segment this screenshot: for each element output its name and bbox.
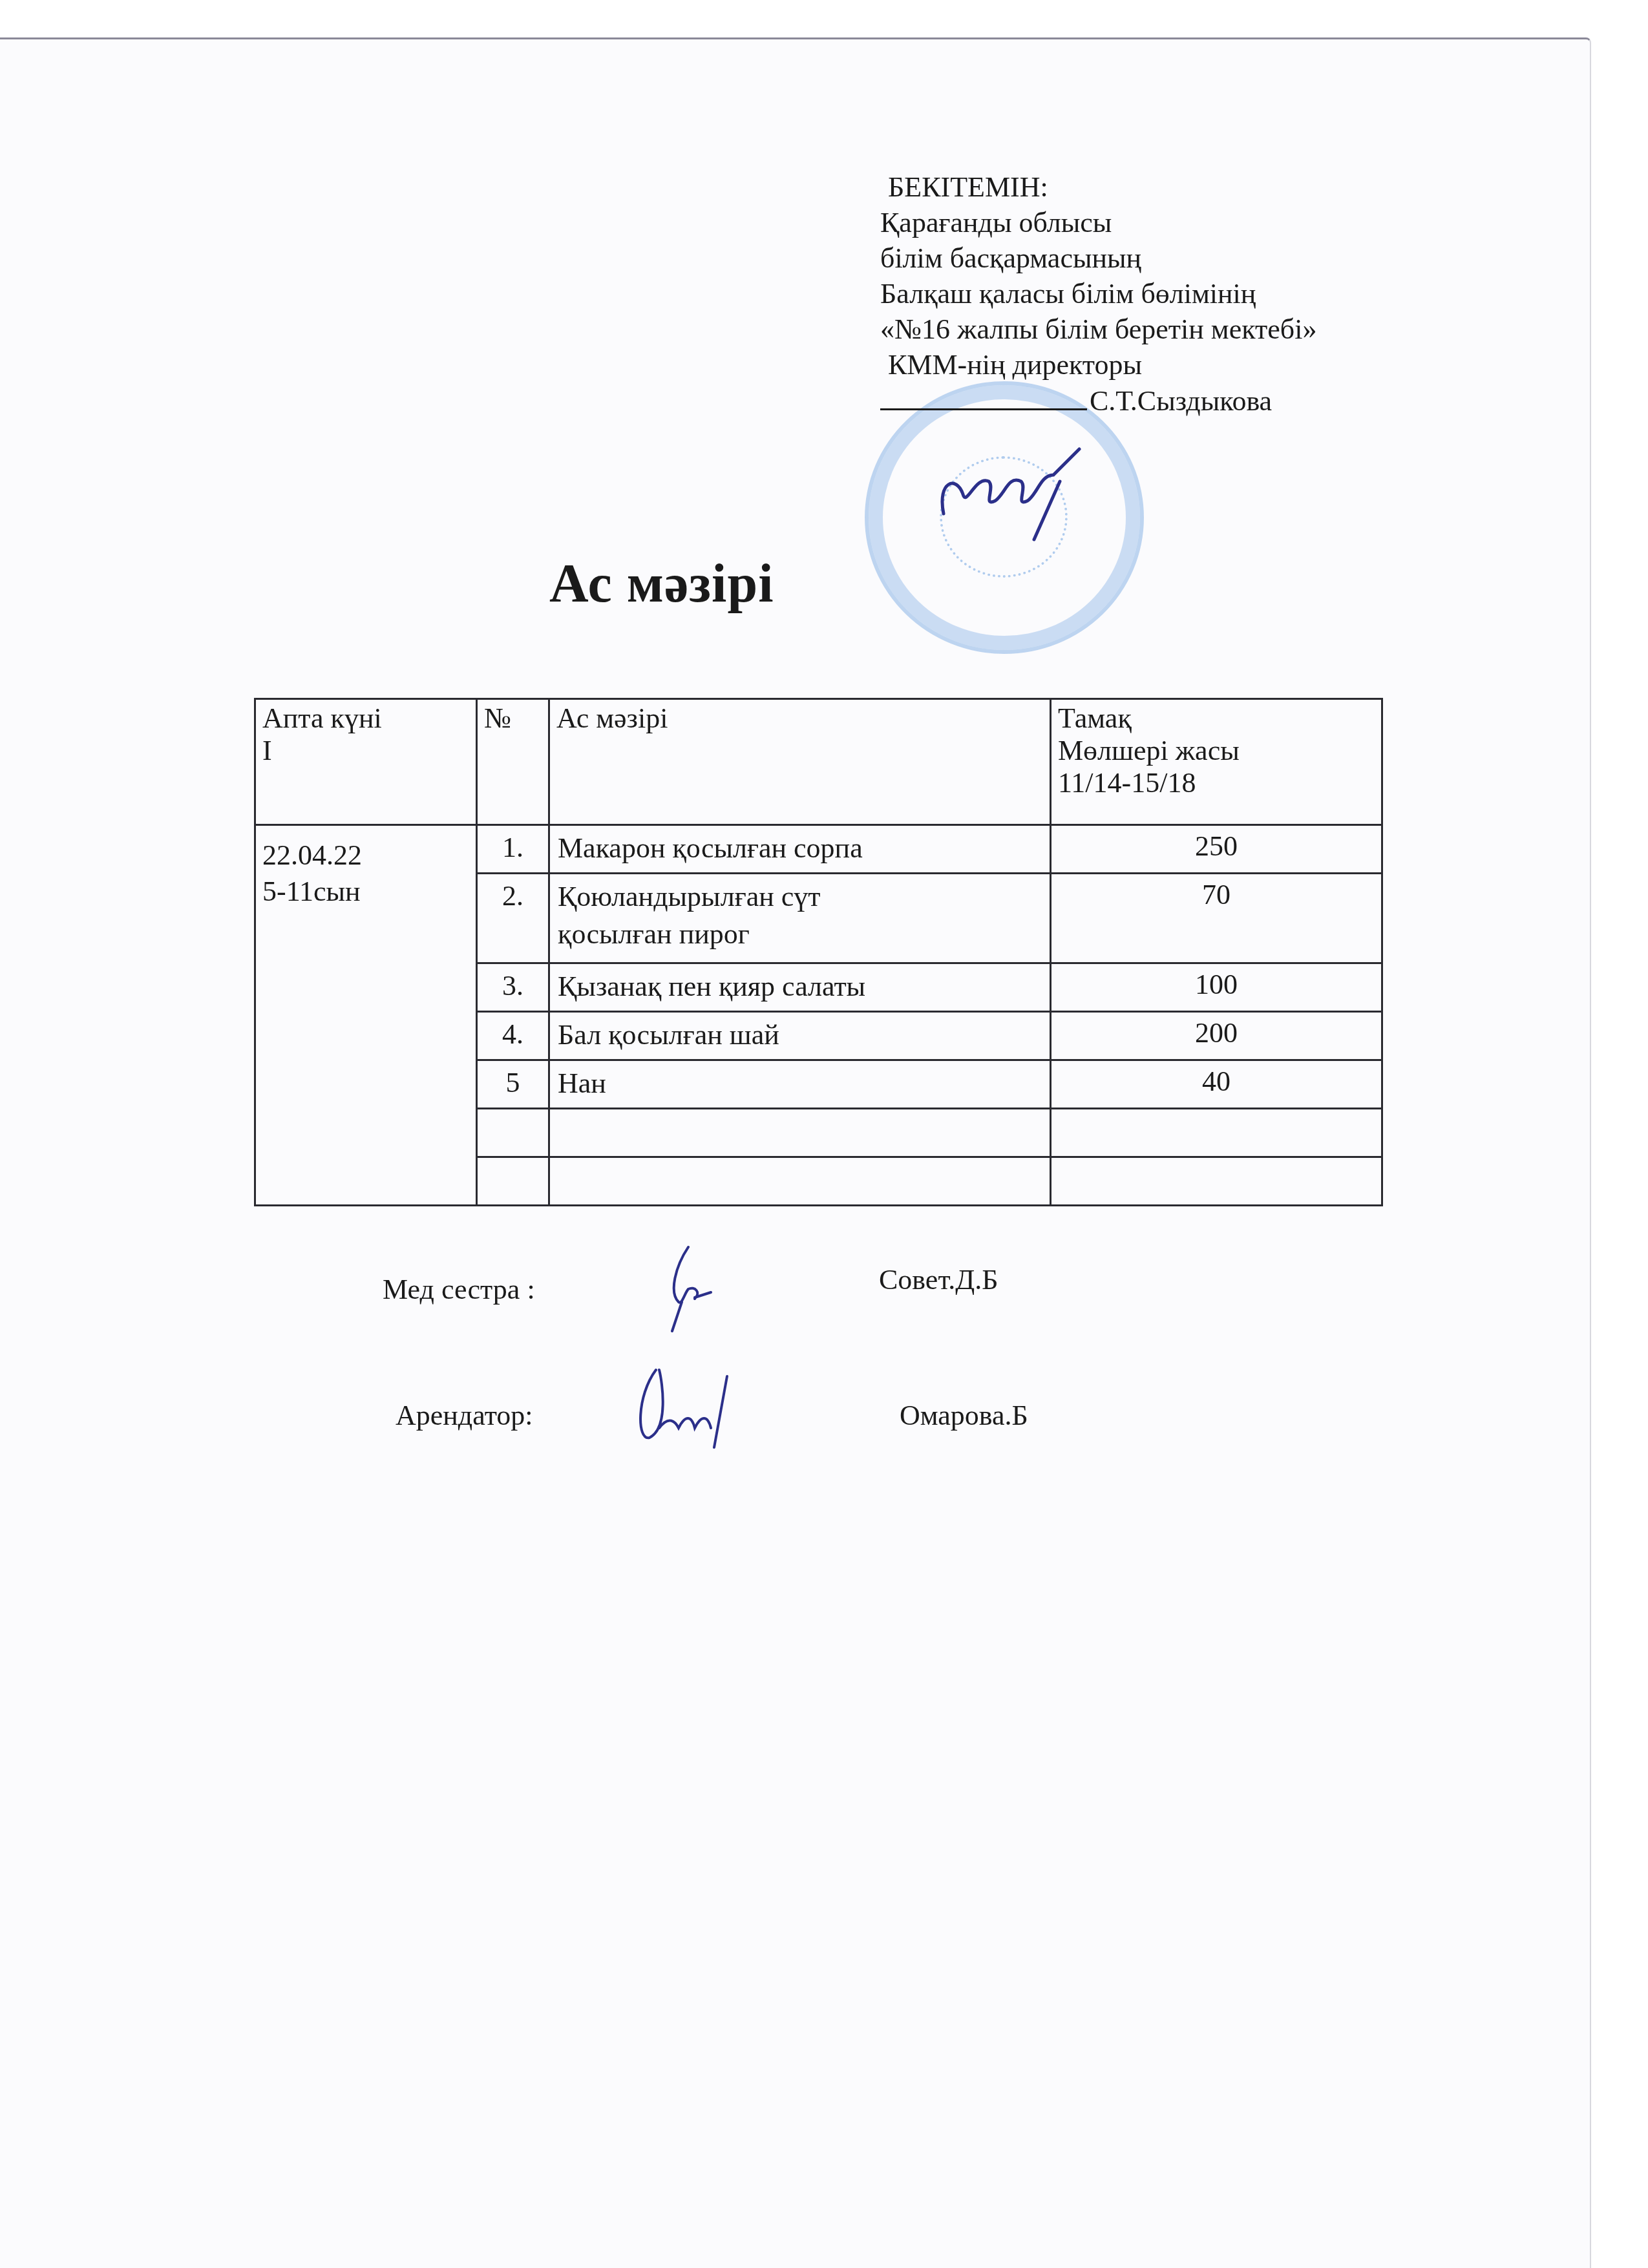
approval-heading: БЕКІТЕМІН: xyxy=(880,169,1316,205)
portion-value: 250 xyxy=(1051,825,1382,874)
dish-name: Қызанақ пен қияр салаты xyxy=(549,963,1051,1012)
header-number: № xyxy=(477,699,549,825)
director-signature xyxy=(931,436,1099,546)
tenant-role-label: Арендатор: xyxy=(396,1399,533,1432)
dish-name: Бал қосылған шай xyxy=(549,1012,1051,1060)
portion-value: 70 xyxy=(1051,874,1382,963)
menu-table: Апта күніI № Ас мәзірі ТамақМөлшері жасы… xyxy=(254,698,1383,1206)
dish-name xyxy=(549,1157,1051,1206)
portion-value xyxy=(1051,1157,1382,1206)
row-number: 3. xyxy=(477,963,549,1012)
portion-value xyxy=(1051,1109,1382,1157)
director-name: С.Т.Сыздыкова xyxy=(1090,385,1272,417)
tenant-signature xyxy=(630,1357,759,1454)
approval-line: Балқаш қаласы білім бөлімінің xyxy=(880,276,1316,311)
header-day: Апта күніI xyxy=(255,699,477,825)
row-number: 4. xyxy=(477,1012,549,1060)
tenant-name: Омарова.Б xyxy=(900,1399,1028,1432)
document-title: Ас мәзірі xyxy=(549,552,774,615)
approval-line: КММ-нің директоры xyxy=(880,347,1316,383)
header-menu: Ас мәзірі xyxy=(549,699,1051,825)
dish-name: Нан xyxy=(549,1060,1051,1109)
portion-value: 200 xyxy=(1051,1012,1382,1060)
row-number xyxy=(477,1109,549,1157)
row-number: 2. xyxy=(477,874,549,963)
row-number xyxy=(477,1157,549,1206)
approval-line: «№16 жалпы білім беретін мектебі» xyxy=(880,311,1316,347)
approval-line: білім басқармасының xyxy=(880,240,1316,276)
portion-value: 100 xyxy=(1051,963,1382,1012)
day-cell: 22.04.225-11сын xyxy=(255,825,477,1206)
row-number: 5 xyxy=(477,1060,549,1109)
approval-line: Қарағанды облысы xyxy=(880,205,1316,240)
header-portion: ТамақМөлшері жасы11/14-15/18 xyxy=(1051,699,1382,825)
table-row: 22.04.225-11сын 1. Макарон қосылған сорп… xyxy=(255,825,1382,874)
signature-line xyxy=(880,383,1087,410)
portion-value: 40 xyxy=(1051,1060,1382,1109)
row-number: 1. xyxy=(477,825,549,874)
table-header-row: Апта күніI № Ас мәзірі ТамақМөлшері жасы… xyxy=(255,699,1382,825)
approval-block: БЕКІТЕМІН: Қарағанды облысы білім басқар… xyxy=(880,169,1316,419)
dish-name: Қоюландырылған сүт қосылған пирог xyxy=(549,874,1051,963)
dish-name: Макарон қосылған сорпа xyxy=(549,825,1051,874)
nurse-name: Совет.Д.Б xyxy=(879,1263,998,1296)
nurse-role-label: Мед сестра : xyxy=(383,1273,535,1306)
dish-name xyxy=(549,1109,1051,1157)
nurse-signature xyxy=(656,1241,727,1338)
